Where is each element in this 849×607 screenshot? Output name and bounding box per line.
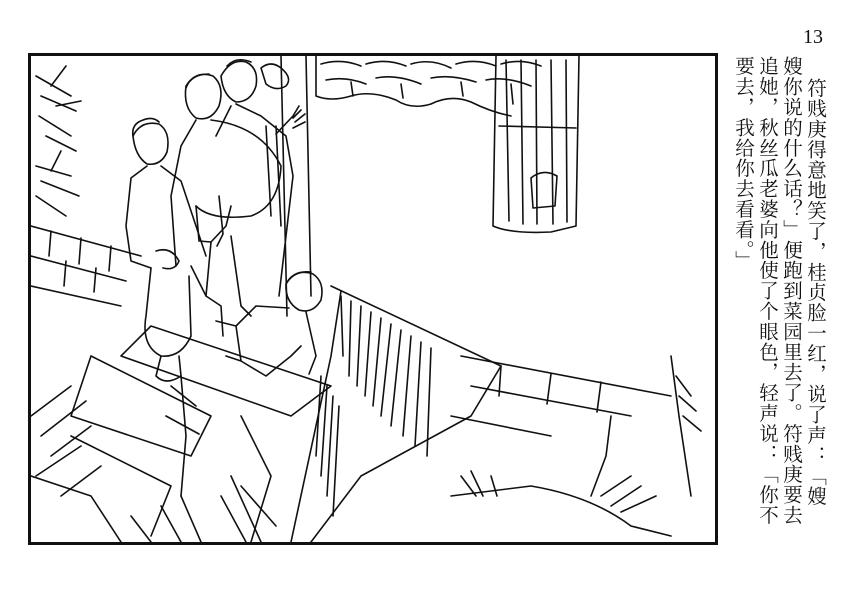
- line-art-illustration: [31, 56, 715, 542]
- page-number: 13: [803, 26, 823, 49]
- caption-column-4: 要去，我给你去看看。」: [731, 56, 755, 576]
- figures: [126, 60, 322, 381]
- bamboo-foliage: [31, 66, 701, 542]
- caption-text: 符贱庚得意地笑了，桂贞脸一红，说了声：「嫂 嫂你说的什么话？」便跑到菜园里去了。…: [731, 56, 827, 576]
- illustration-panel: [28, 53, 718, 545]
- caption-column-1: 符贱庚得意地笑了，桂贞脸一红，说了声：「嫂: [803, 78, 827, 576]
- stone-wall: [261, 56, 579, 316]
- caption-column-2: 嫂你说的什么话？」便跑到菜园里去了。符贱庚要去: [779, 56, 803, 576]
- caption-column-3: 追她，秋丝瓜老婆向他使了个眼色，轻声说：「你不: [755, 56, 779, 576]
